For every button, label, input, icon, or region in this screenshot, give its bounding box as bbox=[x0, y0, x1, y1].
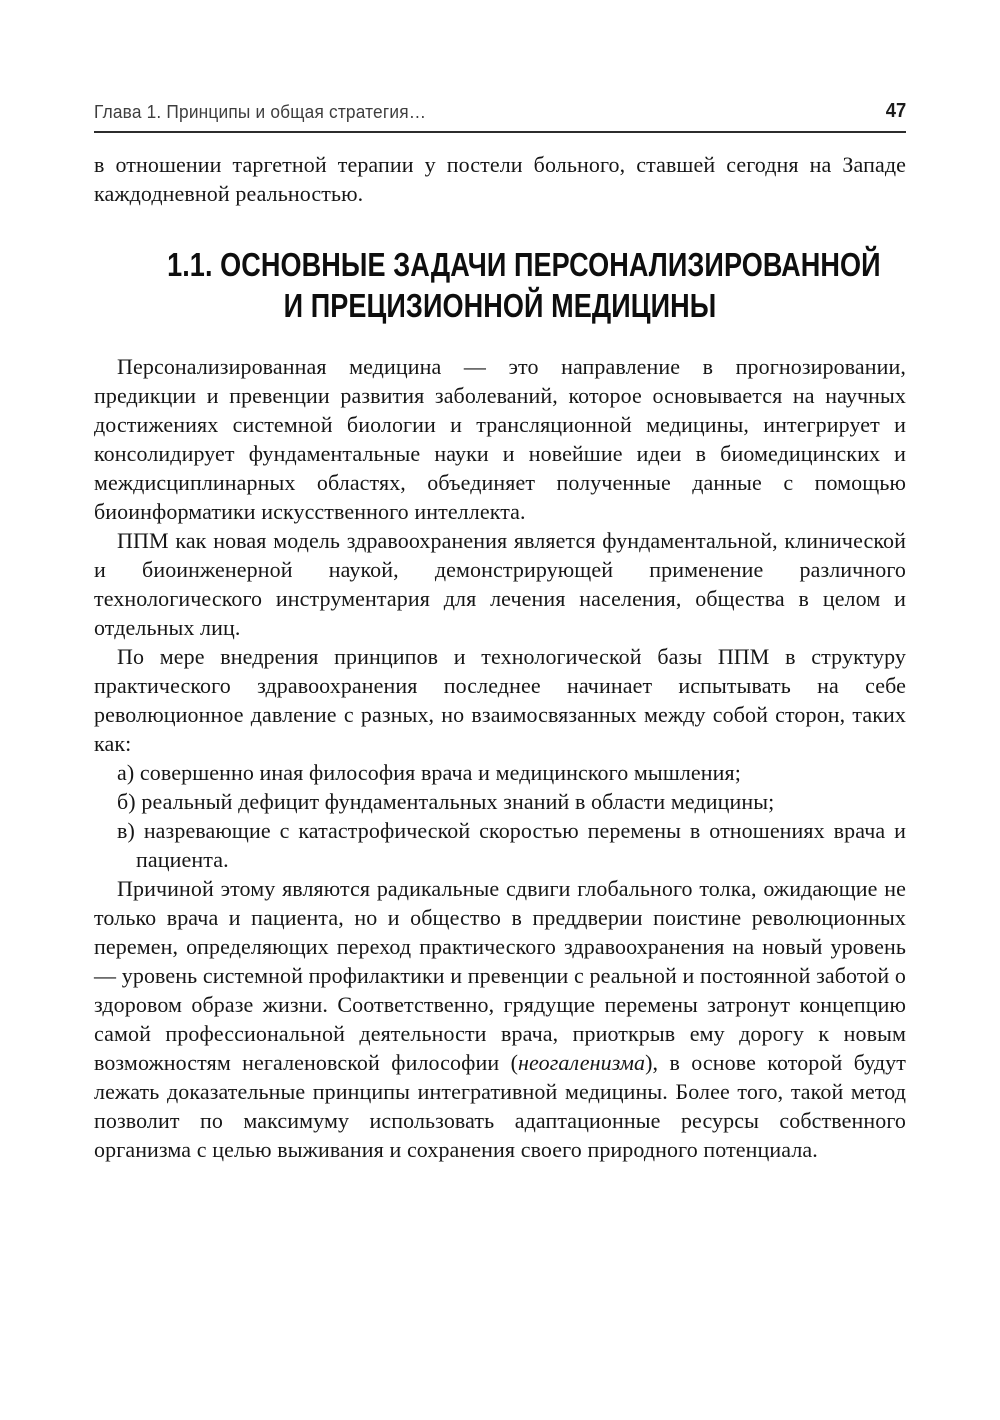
page-body: в отношении таргетной терапии у постели … bbox=[94, 150, 906, 1164]
intro-paragraph: в отношении таргетной терапии у постели … bbox=[94, 150, 906, 208]
alpha-list: а) совершенно иная философия врача и мед… bbox=[94, 758, 906, 874]
list-item-marker: б) bbox=[117, 789, 136, 814]
paragraph-2: ППМ как новая модель здравоохранения явл… bbox=[94, 526, 906, 642]
paragraph-1: Персонализированная медицина — это напра… bbox=[94, 352, 906, 526]
list-item-a: а) совершенно иная философия врача и мед… bbox=[94, 758, 906, 787]
paragraph-3: По мере внедрения принципов и технологич… bbox=[94, 642, 906, 758]
section-heading: 1.1. ОСНОВНЫЕ ЗАДАЧИ ПЕРСОНАЛИЗИРОВАННОЙ… bbox=[94, 244, 906, 326]
book-page: Глава 1. Принципы и общая стратегия… 47 … bbox=[0, 0, 1000, 1420]
list-item-marker: в) bbox=[117, 818, 135, 843]
page-number: 47 bbox=[886, 100, 906, 123]
italic-term: неогаленизма bbox=[518, 1050, 645, 1075]
list-item-text: совершенно иная философия врача и медици… bbox=[140, 760, 741, 785]
list-item-marker: а) bbox=[117, 760, 134, 785]
section-heading-line1: 1.1. ОСНОВНЫЕ ЗАДАЧИ ПЕРСОНАЛИЗИРОВАННОЙ bbox=[167, 244, 833, 285]
list-item-b: б) реальный дефицит фундаментальных знан… bbox=[94, 787, 906, 816]
list-item-v: в) назревающие с катастрофической скорос… bbox=[94, 816, 906, 874]
paragraph-4-text-before: Причиной этому являются радикальные сдви… bbox=[94, 876, 906, 1075]
page-header: Глава 1. Принципы и общая стратегия… 47 bbox=[94, 100, 906, 123]
list-item-text: реальный дефицит фундаментальных знаний … bbox=[141, 789, 774, 814]
header-rule bbox=[94, 131, 906, 133]
running-title: Глава 1. Принципы и общая стратегия… bbox=[94, 102, 426, 123]
section-heading-line2: И ПРЕЦИЗИОННОЙ МЕДИЦИНЫ bbox=[167, 285, 833, 326]
paragraph-4: Причиной этому являются радикальные сдви… bbox=[94, 874, 906, 1164]
list-item-text: назревающие с катастрофической скоростью… bbox=[136, 818, 906, 872]
